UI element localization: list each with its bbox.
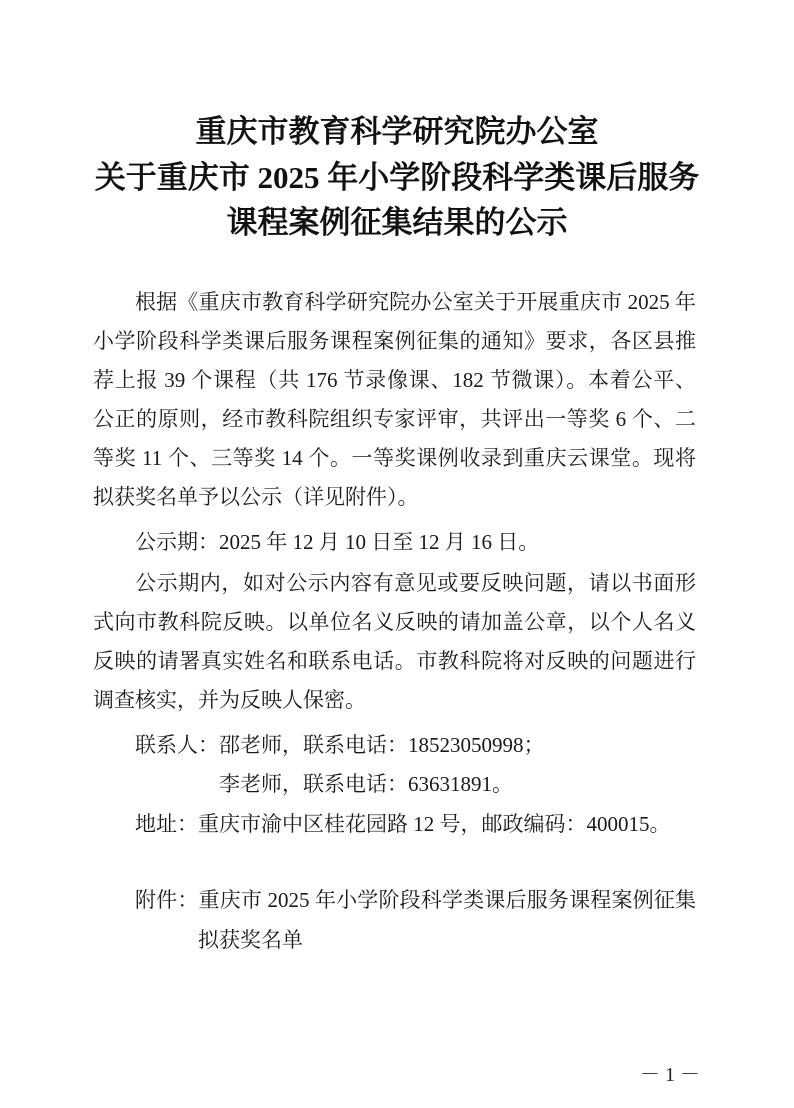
page-number: － 1 － — [640, 1058, 700, 1087]
attachment-line-2: 拟获奖名单 — [198, 926, 498, 954]
body-line: 调查核实，并为反映人保密。 — [93, 686, 696, 714]
body-line: 根据《重庆市教育科学研究院办公室关于开展重庆市 2025 年 — [135, 288, 696, 316]
contact-line-2: 李老师，联系电话：63631891。 — [219, 770, 696, 798]
document-title-line-3: 课程案例征集结果的公示 — [0, 203, 794, 243]
notice-period: 公示期：2025 年 12 月 10 日至 12 月 16 日。 — [135, 528, 696, 556]
body-line: 等奖 11 个、三等奖 14 个。一等奖课例收录到重庆云课堂。现将 — [93, 444, 696, 472]
body-line: 式向市教科院反映。以单位名义反映的请加盖公章，以个人名义 — [93, 608, 696, 636]
body-line: 公示期内，如对公示内容有意见或要反映问题，请以书面形 — [135, 569, 696, 597]
body-line: 反映的请署真实姓名和联系电话。市教科院将对反映的问题进行 — [93, 647, 696, 675]
address-line: 地址：重庆市渝中区桂花园路 12 号，邮政编码：400015。 — [135, 810, 696, 838]
contact-line-1: 联系人：邵老师，联系电话：18523050998； — [135, 731, 696, 759]
body-line: 小学阶段科学类课后服务课程案例征集的通知》要求，各区县推 — [93, 327, 696, 355]
body-line: 拟获奖名单予以公示（详见附件）。 — [93, 483, 696, 511]
body-line: 公正的原则，经市教科院组织专家评审，共评出一等奖 6 个、二 — [93, 405, 696, 433]
body-line: 荐上报 39 个课程（共 176 节录像课、182 节微课）。本着公平、 — [93, 366, 696, 394]
attachment-line-1: 附件：重庆市 2025 年小学阶段科学类课后服务课程案例征集 — [135, 886, 696, 914]
document-title-line-1: 重庆市教育科学研究院办公室 — [0, 112, 794, 152]
document-title-line-2: 关于重庆市 2025 年小学阶段科学类课后服务 — [0, 158, 794, 198]
